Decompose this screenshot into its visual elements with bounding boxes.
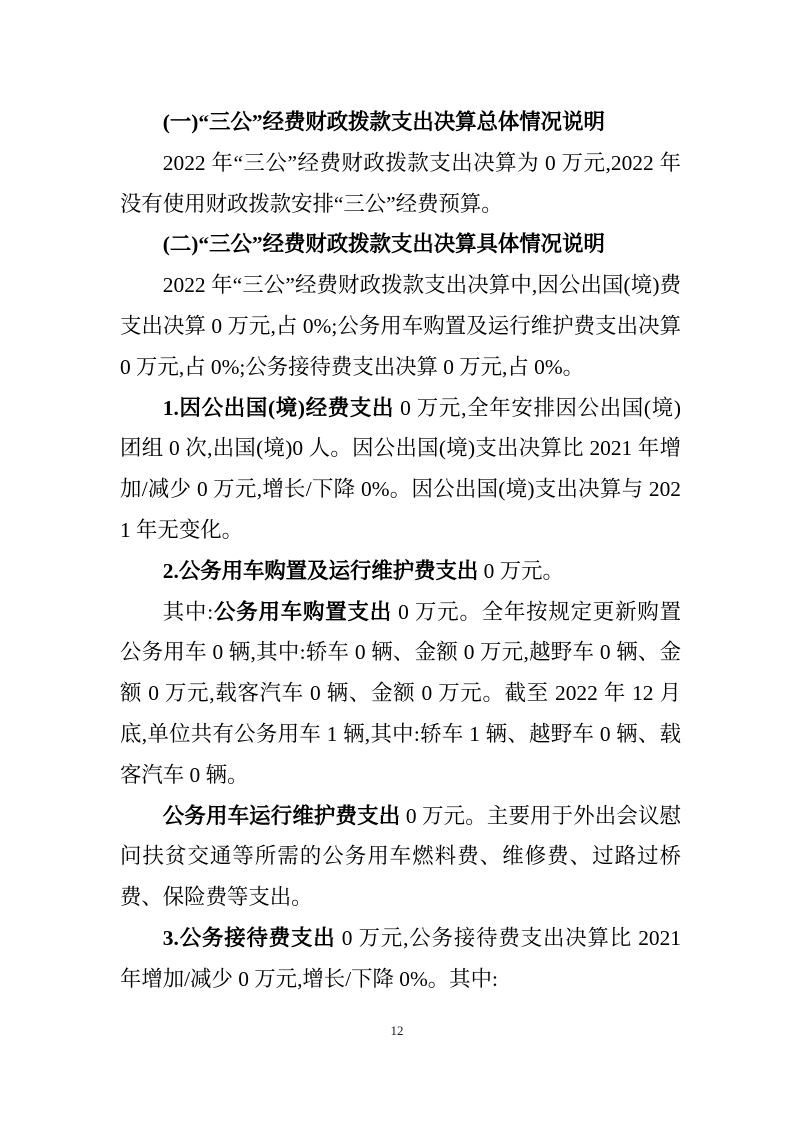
paragraph-text: 0 万元。全年按规定更新购置公务用车 0 辆,其中:轿车 0 辆、金额 0 万元… [120, 600, 681, 787]
paragraph-text: 0 万元。 [478, 559, 564, 583]
item-lead-text: 2.公务用车购置及运行维护费支出 [163, 559, 479, 583]
paragraph-vehicle-purchase: 其中:公务用车购置支出 0 万元。全年按规定更新购置公务用车 0 辆,其中:轿车… [120, 592, 681, 796]
item-lead-text: 1.因公出国(境)经费支出 [163, 396, 394, 420]
page-footer: 12 [0, 1022, 794, 1039]
item-lead-text: 公务用车运行维护费支出 [163, 804, 401, 828]
paragraph-item3-official-reception: 3.公务接待费支出 0 万元,公务接待费支出决算比 2021 年增加/减少 0 … [120, 918, 681, 1000]
paragraph-text: 2022 年“三公”经费财政拨款支出决算为 0 万元,2022 年没有使用财政拨… [120, 151, 681, 216]
heading-text: (二)“三公”经费财政拨款支出决算具体情况说明 [163, 232, 605, 256]
paragraph-text: 其中: [163, 600, 213, 624]
section-heading-overall: (一)“三公”经费财政拨款支出决算总体情况说明 [120, 102, 681, 143]
document-page: (一)“三公”经费财政拨款支出决算总体情况说明 2022 年“三公”经费财政拨款… [0, 0, 794, 1123]
page-number: 12 [391, 1023, 404, 1038]
paragraph-overall-summary: 2022 年“三公”经费财政拨款支出决算为 0 万元,2022 年没有使用财政拨… [120, 143, 681, 225]
paragraph-item2-vehicle-total: 2.公务用车购置及运行维护费支出 0 万元。 [120, 551, 681, 592]
heading-text: (一)“三公”经费财政拨款支出决算总体情况说明 [163, 110, 605, 134]
paragraph-text: 2022 年“三公”经费财政拨款支出决算中,因公出国(境)费支出决算 0 万元,… [120, 273, 681, 379]
paragraph-vehicle-maintenance: 公务用车运行维护费支出 0 万元。主要用于外出会议慰问扶贫交通等所需的公务用车燃… [120, 796, 681, 918]
section-heading-details: (二)“三公”经费财政拨款支出决算具体情况说明 [120, 224, 681, 265]
paragraph-item1-overseas-travel: 1.因公出国(境)经费支出 0 万元,全年安排因公出国(境)团组 0 次,出国(… [120, 388, 681, 551]
document-body: (一)“三公”经费财政拨款支出决算总体情况说明 2022 年“三公”经费财政拨款… [120, 102, 681, 1000]
paragraph-details-summary: 2022 年“三公”经费财政拨款支出决算中,因公出国(境)费支出决算 0 万元,… [120, 265, 681, 387]
item-lead-text: 公务用车购置支出 [213, 600, 392, 624]
item-lead-text: 3.公务接待费支出 [163, 926, 336, 950]
